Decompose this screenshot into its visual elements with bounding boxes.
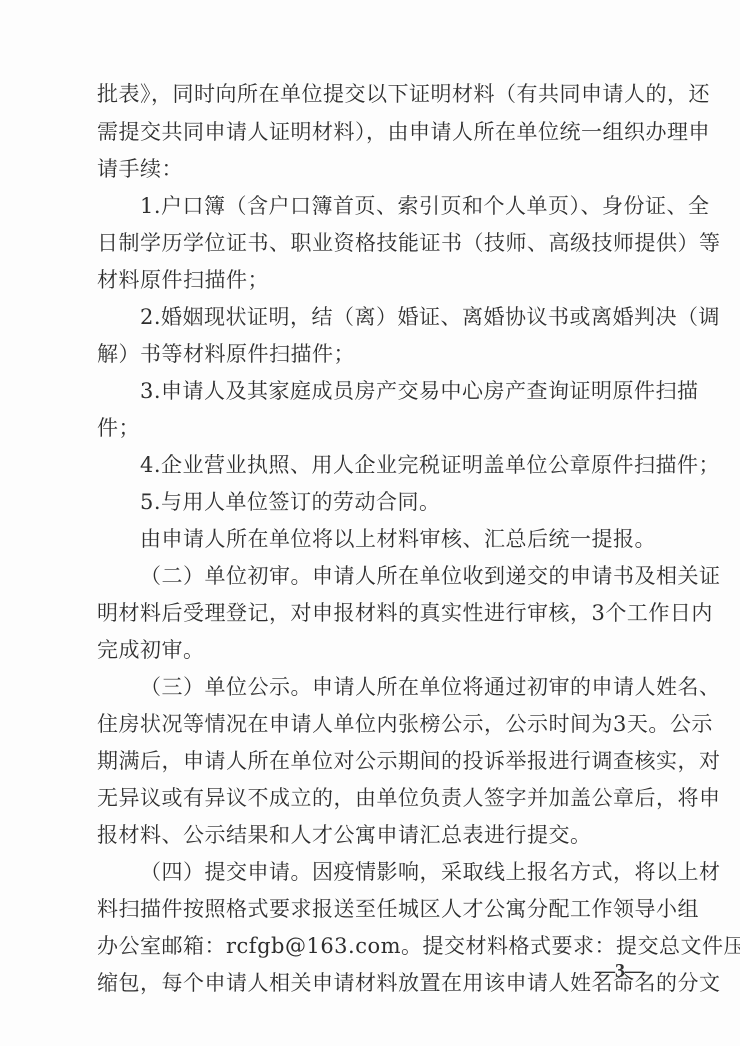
text-line: 报材料、公示结果和人才公寓申请汇总表进行提交。 [97, 821, 645, 849]
text-line: 需提交共同申请人证明材料），由申请人所在单位统一组织办理申 [97, 118, 645, 146]
text-line: 批表》，同时向所在单位提交以下证明材料（有共同申请人的，还 [97, 80, 645, 108]
text-line: 解）书等材料原件扫描件； [97, 340, 645, 368]
text-line: 请手续： [97, 155, 645, 183]
text-line: 由申请人所在单位将以上材料审核、汇总后统一提报。 [140, 525, 645, 553]
text-line: 办公室邮箱：rcfgb@163.com。提交材料格式要求：提交总文件压 [97, 932, 645, 960]
text-line: 3.申请人及其家庭成员房产交易中心房产查询证明原件扫描 [140, 377, 645, 405]
text-line: 2.婚姻现状证明，结（离）婚证、离婚协议书或离婚判决（调 [140, 303, 645, 331]
text-line: 无异议或有异议不成立的，由单位负责人签字并加盖公章后，将申 [97, 784, 645, 812]
text-line: （三）单位公示。申请人所在单位将通过初审的申请人姓名、 [140, 673, 645, 701]
text-line: 日制学历学位证书、职业资格技能证书（技师、高级技师提供）等 [97, 229, 645, 257]
text-line: 期满后，申请人所在单位对公示期间的投诉举报进行调查核实，对 [97, 747, 645, 775]
text-line: 完成初审。 [97, 636, 645, 664]
text-line: （四）提交申请。因疫情影响，采取线上报名方式，将以上材 [140, 858, 645, 886]
text-line: 1.户口簿（含户口簿首页、索引页和个人单页）、身份证、全 [140, 192, 645, 220]
text-line: 4.企业营业执照、用人企业完税证明盖单位公章原件扫描件； [140, 451, 645, 479]
text-line: 件； [97, 414, 645, 442]
document-page: 批表》，同时向所在单位提交以下证明材料（有共同申请人的，还需提交共同申请人证明材… [0, 0, 740, 1046]
text-line: （二）单位初审。申请人所在单位收到递交的申请书及相关证 [140, 562, 645, 590]
text-line: 缩包，每个申请人相关申请材料放置在用该申请人姓名命名的分文 [97, 969, 645, 997]
text-line: 材料原件扫描件； [97, 266, 645, 294]
text-line: 料扫描件按照格式要求报送至任城区人才公寓分配工作领导小组 [97, 895, 645, 923]
text-line: 明材料后受理登记，对申报材料的真实性进行审核，3个工作日内 [97, 599, 645, 627]
text-line: 5.与用人单位签订的劳动合同。 [140, 488, 645, 516]
text-line: 住房状况等情况在申请人单位内张榜公示，公示时间为3天。公示 [97, 710, 645, 738]
page-number: —3— [595, 960, 645, 983]
